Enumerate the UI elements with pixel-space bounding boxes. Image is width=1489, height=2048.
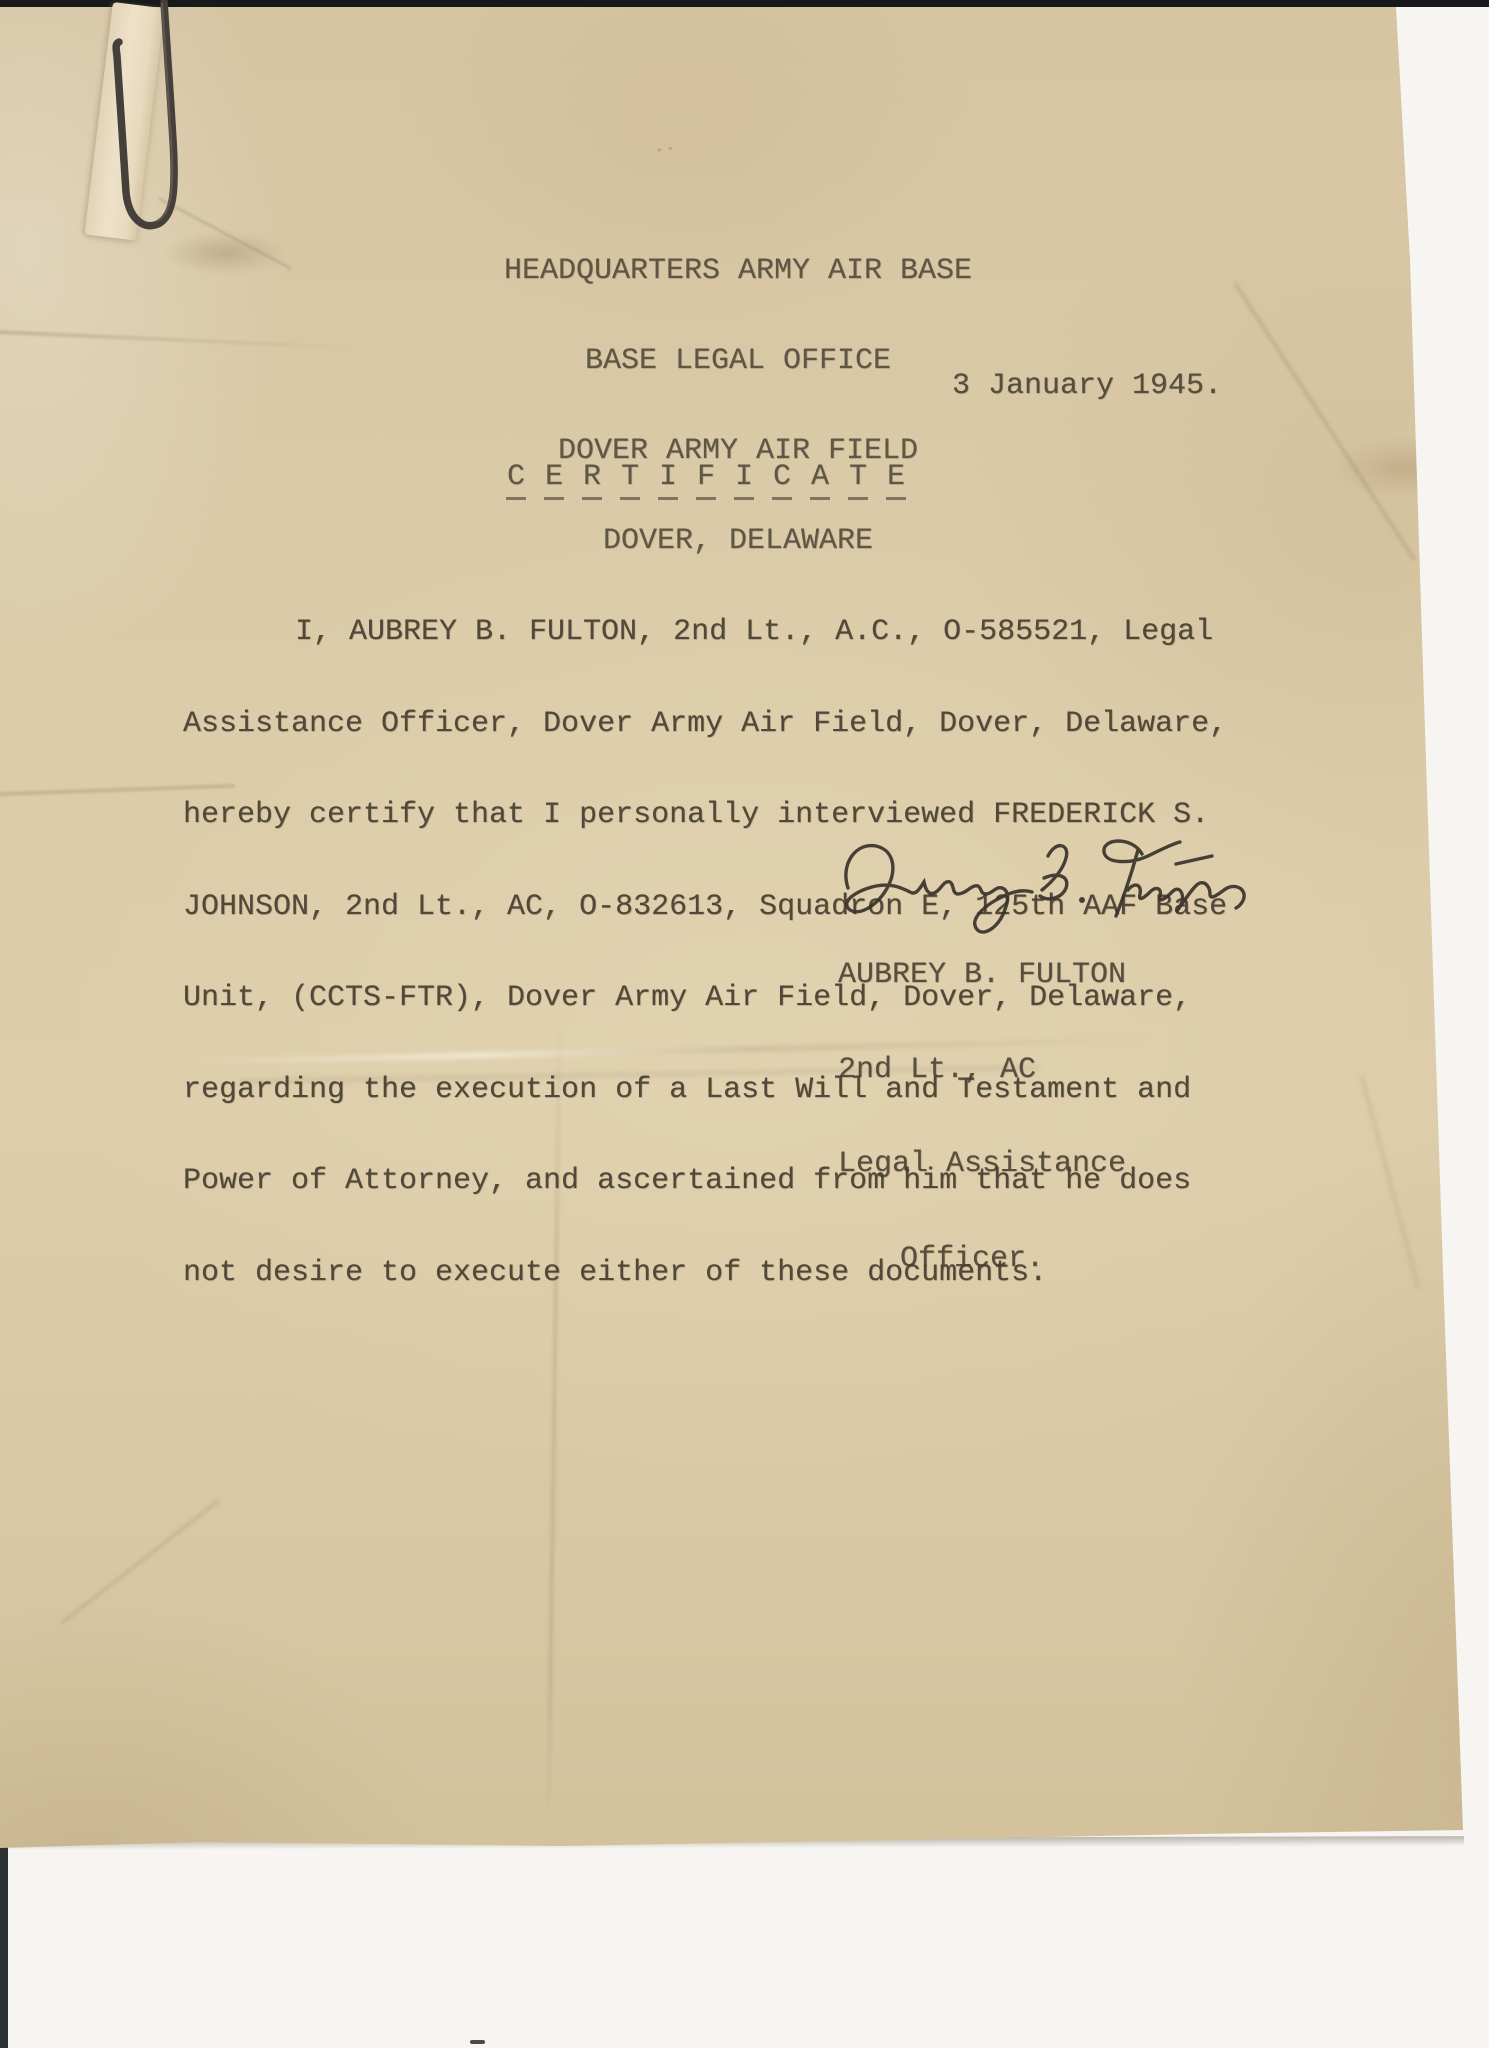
typed-signature-block: AUBREY B. FULTON 2nd Lt., AC Legal Assis…	[838, 897, 1126, 1338]
letterhead: HEADQUARTERS ARMY AIR BASE BASE LEGAL OF…	[503, 196, 973, 616]
paper-crease	[0, 330, 370, 351]
paperclip-icon	[100, 0, 210, 255]
body-line: Assistance Officer, Dover Army Air Field…	[183, 709, 1263, 740]
paper-crease	[1360, 1075, 1421, 1289]
paper-fold	[1330, 438, 1480, 498]
scan-artifact	[788, 1984, 794, 1995]
typed-signature-line: AUBREY B. FULTON	[838, 960, 1126, 992]
letterhead-line: HEADQUARTERS ARMY AIR BASE	[503, 256, 973, 286]
letterhead-line: BASE LEGAL OFFICE	[503, 346, 973, 376]
certificate-title: CERTIFICATE	[506, 462, 924, 500]
handwritten-signature	[832, 830, 1252, 955]
scan-artifact	[655, 146, 677, 154]
document-page: HEADQUARTERS ARMY AIR BASE BASE LEGAL OF…	[0, 0, 1489, 2048]
date-line: 3 January 1945.	[952, 371, 1222, 402]
body-line: hereby certify that I personally intervi…	[183, 800, 1263, 831]
paper-crease	[1233, 283, 1416, 562]
scan-artifact	[470, 2040, 485, 2044]
body-line: I, AUBREY B. FULTON, 2nd Lt., A.C., O-58…	[183, 617, 1263, 648]
scan-edge-top	[0, 0, 1489, 7]
paper-crease	[60, 1499, 220, 1625]
typed-signature-line: Officer.	[838, 1244, 1126, 1276]
scan-artifact	[1060, 1879, 1086, 1989]
letterhead-line: DOVER, DELAWARE	[503, 526, 973, 556]
scanner-background: HEADQUARTERS ARMY AIR BASE BASE LEGAL OF…	[0, 0, 1489, 2048]
scan-edge-left	[0, 1846, 8, 2048]
typed-signature-line: 2nd Lt., AC	[838, 1055, 1126, 1087]
typed-signature-line: Legal Assistance	[838, 1149, 1126, 1181]
